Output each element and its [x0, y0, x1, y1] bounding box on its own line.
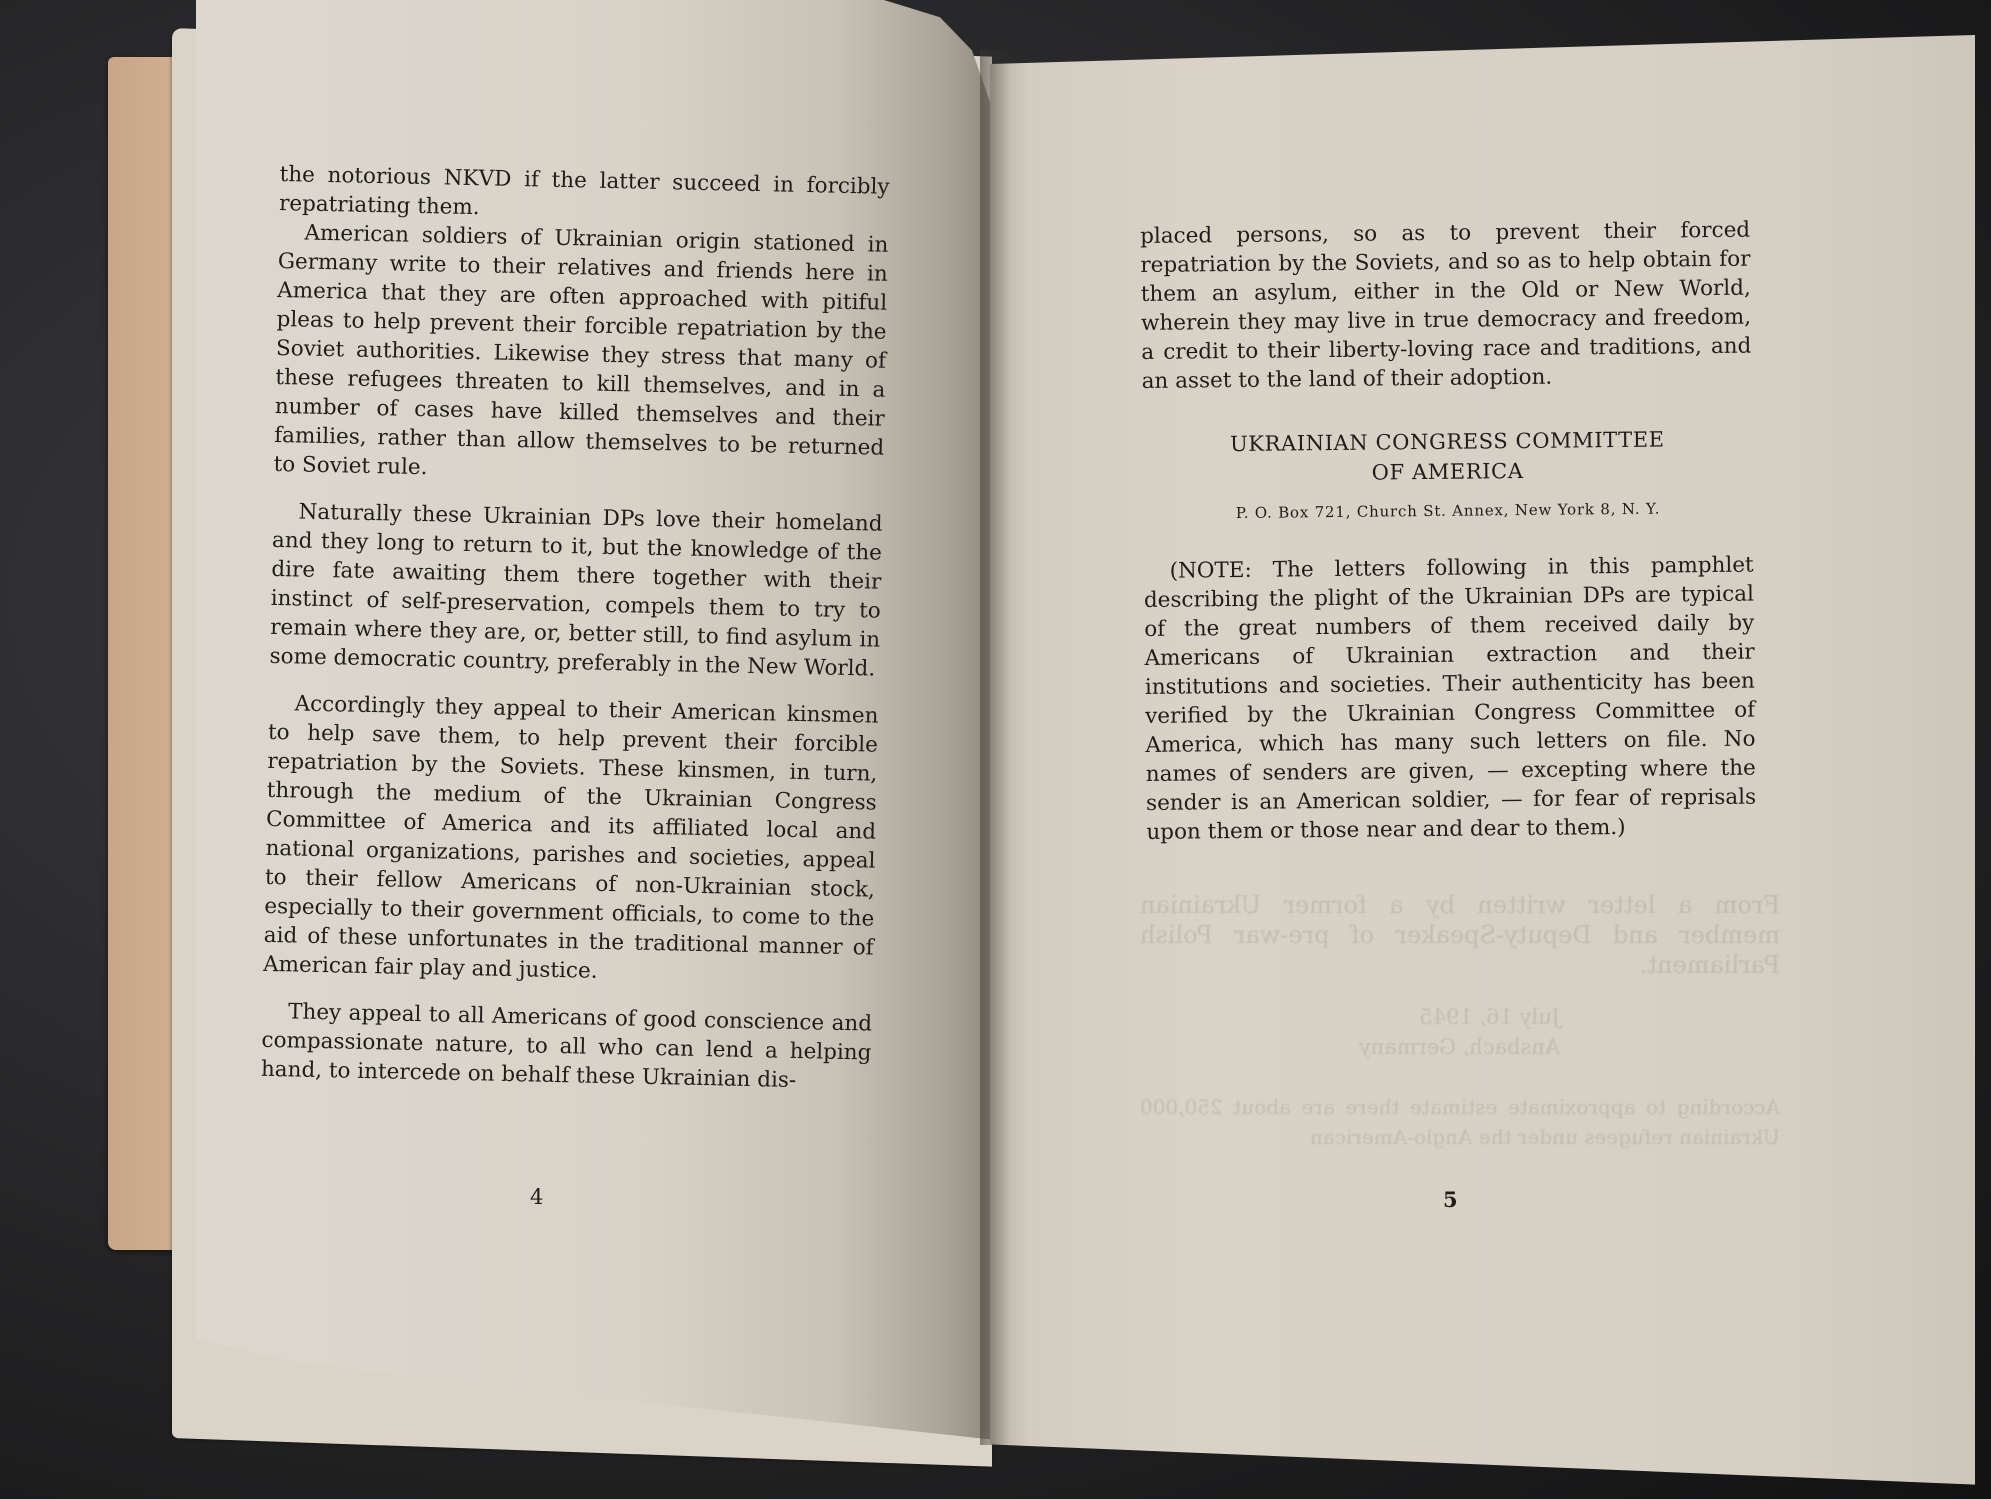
- organization-name-line2: OF AMERICA: [1142, 454, 1752, 490]
- gutter-shadow: [980, 50, 1010, 1445]
- note-paragraph: (NOTE: The letters following in this pam…: [1144, 551, 1757, 847]
- page-number-left: 4: [530, 1185, 543, 1209]
- organization-address: P. O. Box 721, Church St. Annex, New Yor…: [1143, 494, 1753, 529]
- paragraph: placed persons, so as to prevent their f…: [1140, 216, 1752, 396]
- show-through-date: July 16, 1945: [1140, 1002, 1560, 1032]
- show-through-text: From a letter written by a former Ukrain…: [1140, 890, 1780, 1152]
- show-through-heading: From a letter written by a former Ukrain…: [1140, 890, 1780, 980]
- paragraph: They appeal to all Americans of good con…: [261, 997, 873, 1097]
- paragraph: Accordingly they appeal to their America…: [263, 689, 879, 992]
- page-number-right: 5: [1443, 1187, 1458, 1212]
- paragraph: American soldiers of Ukrainian origin st…: [273, 218, 888, 492]
- show-through-place: Ansbach, Germany: [1140, 1032, 1560, 1062]
- right-page-text: placed persons, so as to prevent their f…: [1140, 216, 1757, 847]
- left-page-text: the notorious NKVD if the latter succeed…: [261, 160, 890, 1097]
- show-through-body: According to approximate estimate there …: [1140, 1092, 1780, 1152]
- organization-name-line1: UKRAINIAN CONGRESS COMMITTEE: [1142, 424, 1752, 460]
- organization-name: UKRAINIAN CONGRESS COMMITTEE OF AMERICA: [1142, 424, 1753, 490]
- paragraph: Naturally these Ukrainian DPs love their…: [269, 497, 883, 684]
